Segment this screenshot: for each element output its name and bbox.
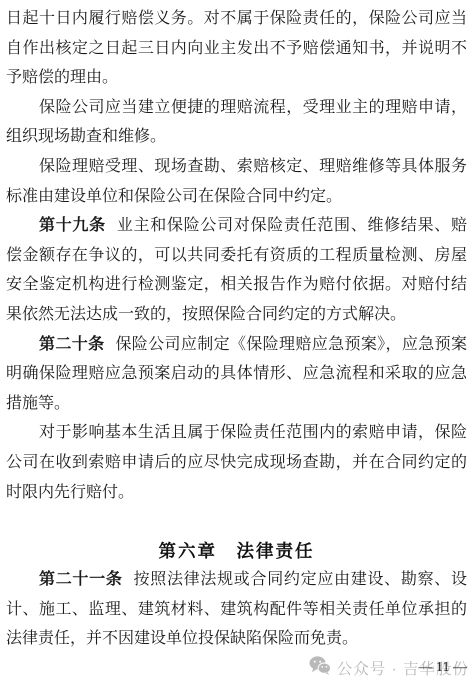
text-block-top: 日起十日内履行赔偿义务。对不属于保险责任的，保险公司应当自作出核定之日起三日内向… (6, 4, 467, 507)
line-text: 公司在收到索赔申请后的应尽快完成现场查勘，并在合同约定的 (6, 454, 467, 471)
text-line: 自作出核定之日起三日内向业主发出不予赔偿通知书，并说明不 (6, 34, 467, 64)
line-text: 保险理赔受理、现场查勘、索赔核定、理赔维修等具体服务 (39, 158, 467, 175)
chapter-heading: 第六章 法律责任 (6, 537, 467, 565)
text-line: 措施等。 (6, 389, 467, 419)
line-text: 安全鉴定机构进行检测鉴定，相关报告作为赔付依据。对赔付结 (6, 276, 467, 293)
page-number: — 11 — (419, 660, 467, 676)
line-text: 保险公司应制定《保险理赔应急预案》，应急预案 (115, 336, 467, 353)
wechat-icon (309, 656, 331, 680)
text-block-bottom: 第二十一条按照法律法规或合同约定应由建设、勘察、设计、施工、监理、建筑材料、建筑… (6, 565, 467, 654)
text-line: 安全鉴定机构进行检测鉴定，相关报告作为赔付依据。对赔付结 (6, 270, 467, 300)
line-text: 果依然无法达成一致的，按照保险合同约定的方式解决。 (6, 306, 406, 323)
text-line: 明确保险理赔应急预案启动的具体情形、应急流程和采取的应急 (6, 359, 467, 389)
text-line: 第十九条业主和保险公司对保险责任范围、维修结果、赔 (6, 211, 467, 241)
text-line: 保险理赔受理、现场查勘、索赔核定、理赔维修等具体服务 (6, 152, 467, 182)
article-number: 第二十一条 (39, 571, 123, 588)
line-text: 予赔偿的理由。 (6, 69, 118, 86)
page-footer: 公众号 · 吉华股份 — 11 — (309, 655, 469, 681)
line-text: 业主和保险公司对保险责任范围、维修结果、赔 (117, 217, 467, 234)
article-number: 第二十条 (39, 336, 104, 353)
line-text: 明确保险理赔应急预案启动的具体情形、应急流程和采取的应急 (6, 365, 467, 382)
line-text: 按照法律法规或合同约定应由建设、勘察、设 (134, 571, 467, 588)
line-text: 对于影响基本生活且属于保险责任范围内的索赔申请，保险 (39, 424, 467, 441)
line-text: 时限内先行赔付。 (6, 484, 134, 501)
text-line: 予赔偿的理由。 (6, 63, 467, 93)
text-line: 偿金额存在争议的，可以共同委托有资质的工程质量检测、房屋 (6, 241, 467, 271)
line-text: 偿金额存在争议的，可以共同委托有资质的工程质量检测、房屋 (6, 247, 467, 264)
line-text: 保险公司应当建立便捷的理赔流程，受理业主的理赔申请， (39, 99, 467, 116)
line-text: 组织现场勘查和维修。 (6, 128, 166, 145)
document-body: 日起十日内履行赔偿义务。对不属于保险责任的，保险公司应当自作出核定之日起三日内向… (0, 0, 473, 654)
text-line: 第二十一条按照法律法规或合同约定应由建设、勘察、设 (6, 565, 467, 595)
line-text: 日起十日内履行赔偿义务。对不属于保险责任的，保险公司应当 (6, 10, 467, 27)
text-line: 第二十条保险公司应制定《保险理赔应急预案》，应急预案 (6, 330, 467, 360)
text-line: 计、施工、监理、建筑材料、建筑构配件等相关责任单位承担的 (6, 595, 467, 625)
text-line: 保险公司应当建立便捷的理赔流程，受理业主的理赔申请， (6, 93, 467, 123)
text-line: 组织现场勘查和维修。 (6, 122, 467, 152)
text-line: 果依然无法达成一致的，按照保险合同约定的方式解决。 (6, 300, 467, 330)
text-line: 法律责任，并不因建设单位投保缺陷保险而免责。 (6, 624, 467, 654)
line-text: 措施等。 (6, 395, 70, 412)
line-text: 计、施工、监理、建筑材料、建筑构配件等相关责任单位承担的 (6, 601, 467, 618)
article-number: 第十九条 (39, 217, 106, 234)
line-text: 法律责任，并不因建设单位投保缺陷保险而免责。 (6, 630, 358, 647)
document-page: 日起十日内履行赔偿义务。对不属于保险责任的，保险公司应当自作出核定之日起三日内向… (0, 0, 473, 685)
text-line: 日起十日内履行赔偿义务。对不属于保险责任的，保险公司应当 (6, 4, 467, 34)
text-line: 标准由建设单位和保险公司在保险合同中约定。 (6, 182, 467, 212)
line-text: 自作出核定之日起三日内向业主发出不予赔偿通知书，并说明不 (6, 40, 467, 57)
text-line: 公司在收到索赔申请后的应尽快完成现场查勘，并在合同约定的 (6, 448, 467, 478)
text-line: 对于影响基本生活且属于保险责任范围内的索赔申请，保险 (6, 418, 467, 448)
text-line: 时限内先行赔付。 (6, 478, 467, 508)
line-text: 标准由建设单位和保险公司在保险合同中约定。 (6, 188, 342, 205)
